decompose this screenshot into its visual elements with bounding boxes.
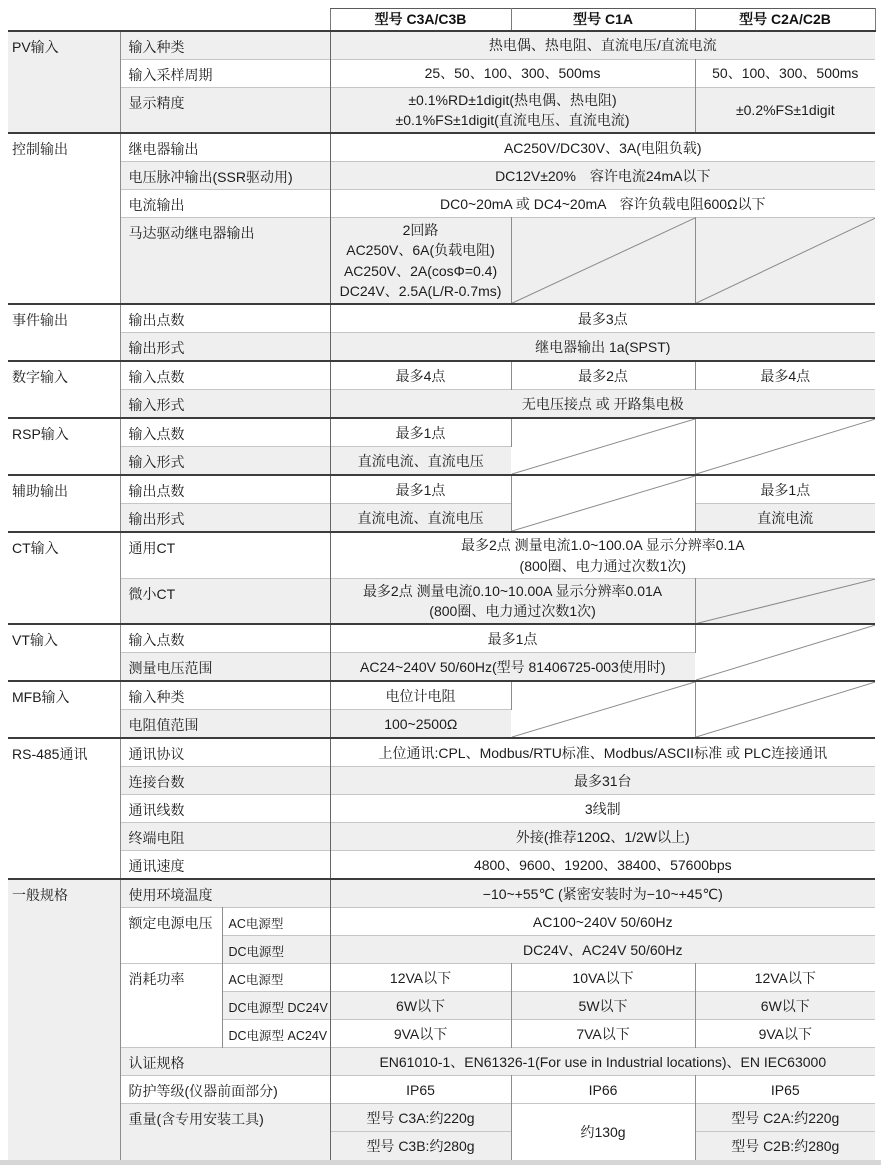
spec-label: 电流输出 bbox=[120, 190, 330, 218]
spec-sublabel: AC电源型 bbox=[222, 908, 330, 936]
section-category: 数字输入 bbox=[8, 361, 120, 418]
spec-label: 输入形式 bbox=[120, 390, 330, 419]
spec-value-text: AC100~240V 50/60Hz bbox=[533, 914, 673, 930]
spec-value-text: 最多4点 bbox=[396, 368, 446, 384]
spec-value: 最多1点 bbox=[330, 475, 511, 504]
spec-value: 50、100、300、500ms bbox=[695, 59, 875, 87]
spec-value-line: ±0.1%FS±1digit(直流电压、直流电流) bbox=[334, 110, 692, 130]
spec-label: 认证规格 bbox=[120, 1048, 330, 1076]
diagonal-slash-icon bbox=[696, 218, 876, 303]
spec-value: 6W以下 bbox=[695, 992, 875, 1020]
spec-value-text: 6W以下 bbox=[761, 998, 810, 1014]
spec-value-text: 热电偶、热电阻、直流电压/直流电流 bbox=[489, 37, 717, 53]
spec-value: AC100~240V 50/60Hz bbox=[330, 908, 875, 936]
page-bottom-strip bbox=[0, 1160, 881, 1165]
spec-value: 6W以下 bbox=[330, 992, 511, 1020]
spec-label: 终端电阻 bbox=[120, 823, 330, 851]
spec-label: 输入点数 bbox=[120, 624, 330, 653]
spec-value-text: 最多2点 bbox=[578, 368, 628, 384]
spec-value: 直流电流、直流电压 bbox=[330, 447, 511, 476]
spec-value: DC24V、AC24V 50/60Hz bbox=[330, 936, 875, 964]
spec-label: 输入点数 bbox=[120, 361, 330, 390]
spec-value: 最多1点 bbox=[330, 418, 511, 447]
spec-row: 通讯速度4800、9600、19200、38400、57600bps bbox=[8, 851, 875, 880]
diagonal-slash-icon bbox=[512, 682, 695, 737]
spec-value: ±0.1%RD±1digit(热电偶、热电阻)±0.1%FS±1digit(直流… bbox=[330, 87, 695, 133]
spec-page: 型号 C3A/C3B型号 C1A型号 C2A/C2BPV输入输入种类热电偶、热电… bbox=[0, 0, 881, 1165]
spec-sublabel: DC电源型 AC24V bbox=[222, 1020, 330, 1048]
spec-value-line: ±0.1%RD±1digit(热电偶、热电阻) bbox=[334, 90, 692, 110]
spec-value-text: 直流电流、直流电压 bbox=[358, 453, 484, 469]
not-applicable-cell bbox=[695, 681, 875, 738]
spec-value: 25、50、100、300、500ms bbox=[330, 59, 695, 87]
spec-row: 额定电源电压AC电源型AC100~240V 50/60Hz bbox=[8, 908, 875, 936]
spec-value-text: AC24~240V 50/60Hz(型号 81406725-003使用时) bbox=[360, 659, 665, 675]
spec-label: 通讯速度 bbox=[120, 851, 330, 880]
spec-value-text: −10~+55℃ (紧密安装时为−10~+45℃) bbox=[483, 886, 723, 902]
spec-value: −10~+55℃ (紧密安装时为−10~+45℃) bbox=[330, 879, 875, 908]
spec-value: 型号 C2B:约280g bbox=[695, 1132, 875, 1160]
spec-value: 热电偶、热电阻、直流电压/直流电流 bbox=[330, 31, 875, 60]
spec-label: 连接台数 bbox=[120, 767, 330, 795]
spec-value: 上位通讯:CPL、Modbus/RTU标准、Modbus/ASCII标准 或 P… bbox=[330, 738, 875, 767]
spec-value: 型号 C3A:约220g bbox=[330, 1104, 511, 1132]
spec-value: 无电压接点 或 开路集电极 bbox=[330, 390, 875, 419]
spec-value-line: AC250V、6A(负载电阻) bbox=[334, 240, 508, 260]
diagonal-slash-icon bbox=[696, 579, 876, 624]
section-category: PV输入 bbox=[8, 31, 120, 134]
spec-label: 输出点数 bbox=[120, 475, 330, 504]
spec-value-text: 约130g bbox=[580, 1124, 625, 1140]
spec-row: 控制输出继电器输出AC250V/DC30V、3A(电阻负载) bbox=[8, 133, 875, 162]
spec-row: 马达驱动继电器输出2回路AC250V、6A(负载电阻)AC250V、2A(cos… bbox=[8, 218, 875, 305]
spec-row: 消耗功率AC电源型12VA以下10VA以下12VA以下 bbox=[8, 964, 875, 992]
spec-label: 输入点数 bbox=[120, 418, 330, 447]
spec-label: 电阻值范围 bbox=[120, 710, 330, 739]
spec-row: 电压脉冲输出(SSR驱动用)DC12V±20% 容许电流24mA以下 bbox=[8, 162, 875, 190]
spec-value-text: AC250V/DC30V、3A(电阻负载) bbox=[504, 140, 702, 156]
spec-value-text: IP66 bbox=[589, 1082, 618, 1098]
spec-value: 100~2500Ω bbox=[330, 710, 511, 739]
spec-value: 最多2点 测量电流0.10~10.00A 显示分辨率0.01A(800圈、电力通… bbox=[330, 578, 695, 624]
spec-value-text: 50、100、300、500ms bbox=[712, 65, 858, 81]
spec-value: 最多2点 测量电流1.0~100.0A 显示分辨率0.1A(800圈、电力通过次… bbox=[330, 532, 875, 578]
spec-label: 显示精度 bbox=[120, 87, 330, 133]
section-category: 事件输出 bbox=[8, 304, 120, 361]
spec-label: 测量电压范围 bbox=[120, 653, 330, 682]
spec-label: 继电器输出 bbox=[120, 133, 330, 162]
spec-value-text: 3线制 bbox=[585, 801, 621, 817]
spec-value-text: DC0~20mA 或 DC4~20mA 容许负载电阻600Ω以下 bbox=[440, 196, 766, 212]
section-category: RSP输入 bbox=[8, 418, 120, 475]
header-corner-blank bbox=[8, 9, 330, 31]
spec-value-text: 7VA以下 bbox=[576, 1026, 629, 1042]
spec-row: RSP输入输入点数最多1点 bbox=[8, 418, 875, 447]
spec-label: 输入种类 bbox=[120, 31, 330, 60]
spec-row: 终端电阻外接(推荐120Ω、1/2W以上) bbox=[8, 823, 875, 851]
spec-value: 最多31台 bbox=[330, 767, 875, 795]
spec-row: 输出形式继电器输出 1a(SPST) bbox=[8, 333, 875, 362]
spec-row: 一般规格使用环境温度−10~+55℃ (紧密安装时为−10~+45℃) bbox=[8, 879, 875, 908]
model-column-header: 型号 C2A/C2B bbox=[695, 9, 875, 31]
spec-value: 12VA以下 bbox=[695, 964, 875, 992]
spec-value: IP65 bbox=[330, 1076, 511, 1104]
spec-row: 重量(含专用安装工具)型号 C3A:约220g约130g型号 C2A:约220g bbox=[8, 1104, 875, 1132]
diagonal-slash-icon bbox=[512, 476, 695, 531]
spec-value-text: 型号 C3A:约220g bbox=[366, 1110, 474, 1126]
spec-value-text: 最多1点 bbox=[396, 425, 446, 441]
spec-row: 输入形式无电压接点 或 开路集电极 bbox=[8, 390, 875, 419]
spec-value-text: 25、50、100、300、500ms bbox=[425, 65, 601, 81]
spec-label: 输出形式 bbox=[120, 504, 330, 533]
spec-label: 通讯协议 bbox=[120, 738, 330, 767]
spec-row: 电流输出DC0~20mA 或 DC4~20mA 容许负载电阻600Ω以下 bbox=[8, 190, 875, 218]
spec-row: VT输入输入点数最多1点 bbox=[8, 624, 875, 653]
section-category: CT输入 bbox=[8, 532, 120, 624]
spec-value-line: AC250V、2A(cosΦ=0.4) bbox=[334, 261, 508, 281]
not-applicable-cell bbox=[695, 624, 875, 681]
not-applicable-cell bbox=[511, 681, 695, 738]
spec-label: 使用环境温度 bbox=[120, 879, 330, 908]
spec-value-text: IP65 bbox=[406, 1082, 435, 1098]
diagonal-slash-icon bbox=[696, 419, 876, 474]
spec-sublabel: AC电源型 bbox=[222, 964, 330, 992]
diagonal-slash-icon bbox=[696, 625, 876, 680]
not-applicable-cell bbox=[695, 418, 875, 475]
spec-value: 直流电流 bbox=[695, 504, 875, 533]
spec-value: ±0.2%FS±1digit bbox=[695, 87, 875, 133]
spec-label: 微小CT bbox=[120, 578, 330, 624]
spec-value-text: 无电压接点 或 开路集电极 bbox=[522, 396, 684, 412]
section-category: RS-485通讯 bbox=[8, 738, 120, 879]
spec-value: DC0~20mA 或 DC4~20mA 容许负载电阻600Ω以下 bbox=[330, 190, 875, 218]
spec-value-line: 2回路 bbox=[334, 220, 508, 240]
model-header-row: 型号 C3A/C3B型号 C1A型号 C2A/C2B bbox=[8, 9, 875, 31]
section-category: MFB输入 bbox=[8, 681, 120, 738]
spec-label: 输入采样周期 bbox=[120, 59, 330, 87]
spec-value-text: 12VA以下 bbox=[390, 970, 451, 986]
spec-value-text: 外接(推荐120Ω、1/2W以上) bbox=[516, 829, 690, 845]
spec-value-line: (800圈、电力通过次数1次) bbox=[334, 556, 873, 576]
spec-value-text: ±0.2%FS±1digit bbox=[736, 102, 835, 118]
spec-value: 最多1点 bbox=[330, 624, 695, 653]
spec-value-text: 10VA以下 bbox=[572, 970, 633, 986]
spec-label: 通用CT bbox=[120, 532, 330, 578]
section-category: 辅助输出 bbox=[8, 475, 120, 532]
spec-value-text: DC12V±20% 容许电流24mA以下 bbox=[495, 168, 710, 184]
spec-label: 输入形式 bbox=[120, 447, 330, 476]
spec-value: AC24~240V 50/60Hz(型号 81406725-003使用时) bbox=[330, 653, 695, 682]
spec-value-text: 5W以下 bbox=[579, 998, 628, 1014]
spec-row: PV输入输入种类热电偶、热电阻、直流电压/直流电流 bbox=[8, 31, 875, 60]
spec-value: IP65 bbox=[695, 1076, 875, 1104]
spec-value: AC250V/DC30V、3A(电阻负载) bbox=[330, 133, 875, 162]
spec-value: EN61010-1、EN61326-1(For use in Industria… bbox=[330, 1048, 875, 1076]
spec-value-text: 9VA以下 bbox=[394, 1026, 447, 1042]
spec-value: 4800、9600、19200、38400、57600bps bbox=[330, 851, 875, 880]
not-applicable-cell bbox=[695, 218, 875, 305]
spec-label: 消耗功率 bbox=[120, 964, 222, 1048]
spec-value: 约130g bbox=[511, 1104, 695, 1160]
spec-value: 外接(推荐120Ω、1/2W以上) bbox=[330, 823, 875, 851]
model-column-header: 型号 C1A bbox=[511, 9, 695, 31]
section-category: 一般规格 bbox=[8, 879, 120, 1160]
spec-row: 事件输出输出点数最多3点 bbox=[8, 304, 875, 333]
spec-row: 辅助输出输出点数最多1点最多1点 bbox=[8, 475, 875, 504]
spec-row: 认证规格EN61010-1、EN61326-1(For use in Indus… bbox=[8, 1048, 875, 1076]
spec-label: 输入种类 bbox=[120, 681, 330, 710]
spec-value-text: 继电器输出 1a(SPST) bbox=[535, 339, 670, 355]
not-applicable-cell bbox=[511, 418, 695, 475]
spec-sublabel: DC电源型 bbox=[222, 936, 330, 964]
spec-label: 电压脉冲输出(SSR驱动用) bbox=[120, 162, 330, 190]
spec-value-text: 最多3点 bbox=[578, 311, 628, 327]
spec-row: 输出形式直流电流、直流电压直流电流 bbox=[8, 504, 875, 533]
model-column-header: 型号 C3A/C3B bbox=[330, 9, 511, 31]
not-applicable-cell bbox=[695, 578, 875, 624]
spec-row: 连接台数最多31台 bbox=[8, 767, 875, 795]
spec-value: 最多2点 bbox=[511, 361, 695, 390]
spec-value-text: 电位计电阻 bbox=[386, 688, 456, 704]
spec-value: 最多4点 bbox=[695, 361, 875, 390]
spec-value: IP66 bbox=[511, 1076, 695, 1104]
spec-value: DC12V±20% 容许电流24mA以下 bbox=[330, 162, 875, 190]
spec-value-text: 上位通讯:CPL、Modbus/RTU标准、Modbus/ASCII标准 或 P… bbox=[378, 745, 827, 761]
spec-label: 通讯线数 bbox=[120, 795, 330, 823]
spec-value: 10VA以下 bbox=[511, 964, 695, 992]
spec-value: 型号 C2A:约220g bbox=[695, 1104, 875, 1132]
spec-label: 额定电源电压 bbox=[120, 908, 222, 964]
spec-row: 输入采样周期25、50、100、300、500ms50、100、300、500m… bbox=[8, 59, 875, 87]
spec-value: 最多4点 bbox=[330, 361, 511, 390]
spec-value-text: 直流电流、直流电压 bbox=[358, 510, 484, 526]
spec-value-line: DC24V、2.5A(L/R-0.7ms) bbox=[334, 281, 508, 301]
spec-value-text: 12VA以下 bbox=[755, 970, 816, 986]
spec-label: 输出形式 bbox=[120, 333, 330, 362]
spec-table: 型号 C3A/C3B型号 C1A型号 C2A/C2BPV输入输入种类热电偶、热电… bbox=[8, 8, 876, 1160]
spec-value-line: 最多2点 测量电流0.10~10.00A 显示分辨率0.01A bbox=[334, 581, 692, 601]
spec-row: RS-485通讯通讯协议上位通讯:CPL、Modbus/RTU标准、Modbus… bbox=[8, 738, 875, 767]
spec-label: 防护等级(仪器前面部分) bbox=[120, 1076, 330, 1104]
spec-value-text: 100~2500Ω bbox=[384, 716, 457, 732]
spec-value-text: 最多4点 bbox=[760, 368, 810, 384]
spec-value-text: EN61010-1、EN61326-1(For use in Industria… bbox=[379, 1054, 826, 1070]
spec-value-text: 9VA以下 bbox=[759, 1026, 812, 1042]
spec-row: CT输入通用CT最多2点 测量电流1.0~100.0A 显示分辨率0.1A(80… bbox=[8, 532, 875, 578]
spec-value-text: 最多1点 bbox=[396, 482, 446, 498]
spec-value-line: (800圈、电力通过次数1次) bbox=[334, 601, 692, 621]
spec-value-text: 型号 C2A:约220g bbox=[731, 1110, 839, 1126]
spec-value-text: DC24V、AC24V 50/60Hz bbox=[523, 942, 683, 958]
diagonal-slash-icon bbox=[696, 682, 876, 737]
spec-label: 马达驱动继电器输出 bbox=[120, 218, 330, 305]
spec-row: 防护等级(仪器前面部分)IP65IP66IP65 bbox=[8, 1076, 875, 1104]
spec-label: 输出点数 bbox=[120, 304, 330, 333]
spec-value-text: 最多1点 bbox=[488, 631, 538, 647]
spec-value-text: 4800、9600、19200、38400、57600bps bbox=[474, 857, 732, 873]
spec-value-text: 6W以下 bbox=[396, 998, 445, 1014]
spec-label: 重量(含专用安装工具) bbox=[120, 1104, 330, 1160]
spec-value-text: 型号 C3B:约280g bbox=[366, 1138, 474, 1154]
spec-sublabel: DC电源型 DC24V bbox=[222, 992, 330, 1020]
spec-value: 5W以下 bbox=[511, 992, 695, 1020]
spec-value: 最多1点 bbox=[695, 475, 875, 504]
spec-value: 3线制 bbox=[330, 795, 875, 823]
spec-row: 显示精度±0.1%RD±1digit(热电偶、热电阻)±0.1%FS±1digi… bbox=[8, 87, 875, 133]
spec-value: 继电器输出 1a(SPST) bbox=[330, 333, 875, 362]
spec-value-line: 最多2点 测量电流1.0~100.0A 显示分辨率0.1A bbox=[334, 535, 873, 555]
spec-value: 直流电流、直流电压 bbox=[330, 504, 511, 533]
not-applicable-cell bbox=[511, 475, 695, 532]
spec-value: 电位计电阻 bbox=[330, 681, 511, 710]
spec-value: 最多3点 bbox=[330, 304, 875, 333]
diagonal-slash-icon bbox=[512, 218, 695, 303]
spec-value-text: IP65 bbox=[771, 1082, 800, 1098]
not-applicable-cell bbox=[511, 218, 695, 305]
spec-value: 7VA以下 bbox=[511, 1020, 695, 1048]
spec-value-text: 型号 C2B:约280g bbox=[731, 1138, 839, 1154]
spec-row: 通讯线数3线制 bbox=[8, 795, 875, 823]
diagonal-slash-icon bbox=[512, 419, 695, 474]
spec-row: MFB输入输入种类电位计电阻 bbox=[8, 681, 875, 710]
spec-row: 微小CT最多2点 测量电流0.10~10.00A 显示分辨率0.01A(800圈… bbox=[8, 578, 875, 624]
spec-value: 9VA以下 bbox=[330, 1020, 511, 1048]
section-category: 控制输出 bbox=[8, 133, 120, 304]
spec-value: 9VA以下 bbox=[695, 1020, 875, 1048]
spec-value-text: 最多1点 bbox=[760, 482, 810, 498]
spec-value-text: 直流电流 bbox=[757, 510, 813, 526]
spec-value-text: 最多31台 bbox=[574, 773, 632, 789]
spec-row: 数字输入输入点数最多4点最多2点最多4点 bbox=[8, 361, 875, 390]
spec-value: 2回路AC250V、6A(负载电阻)AC250V、2A(cosΦ=0.4)DC2… bbox=[330, 218, 511, 305]
spec-value: 型号 C3B:约280g bbox=[330, 1132, 511, 1160]
section-category: VT输入 bbox=[8, 624, 120, 681]
spec-value: 12VA以下 bbox=[330, 964, 511, 992]
